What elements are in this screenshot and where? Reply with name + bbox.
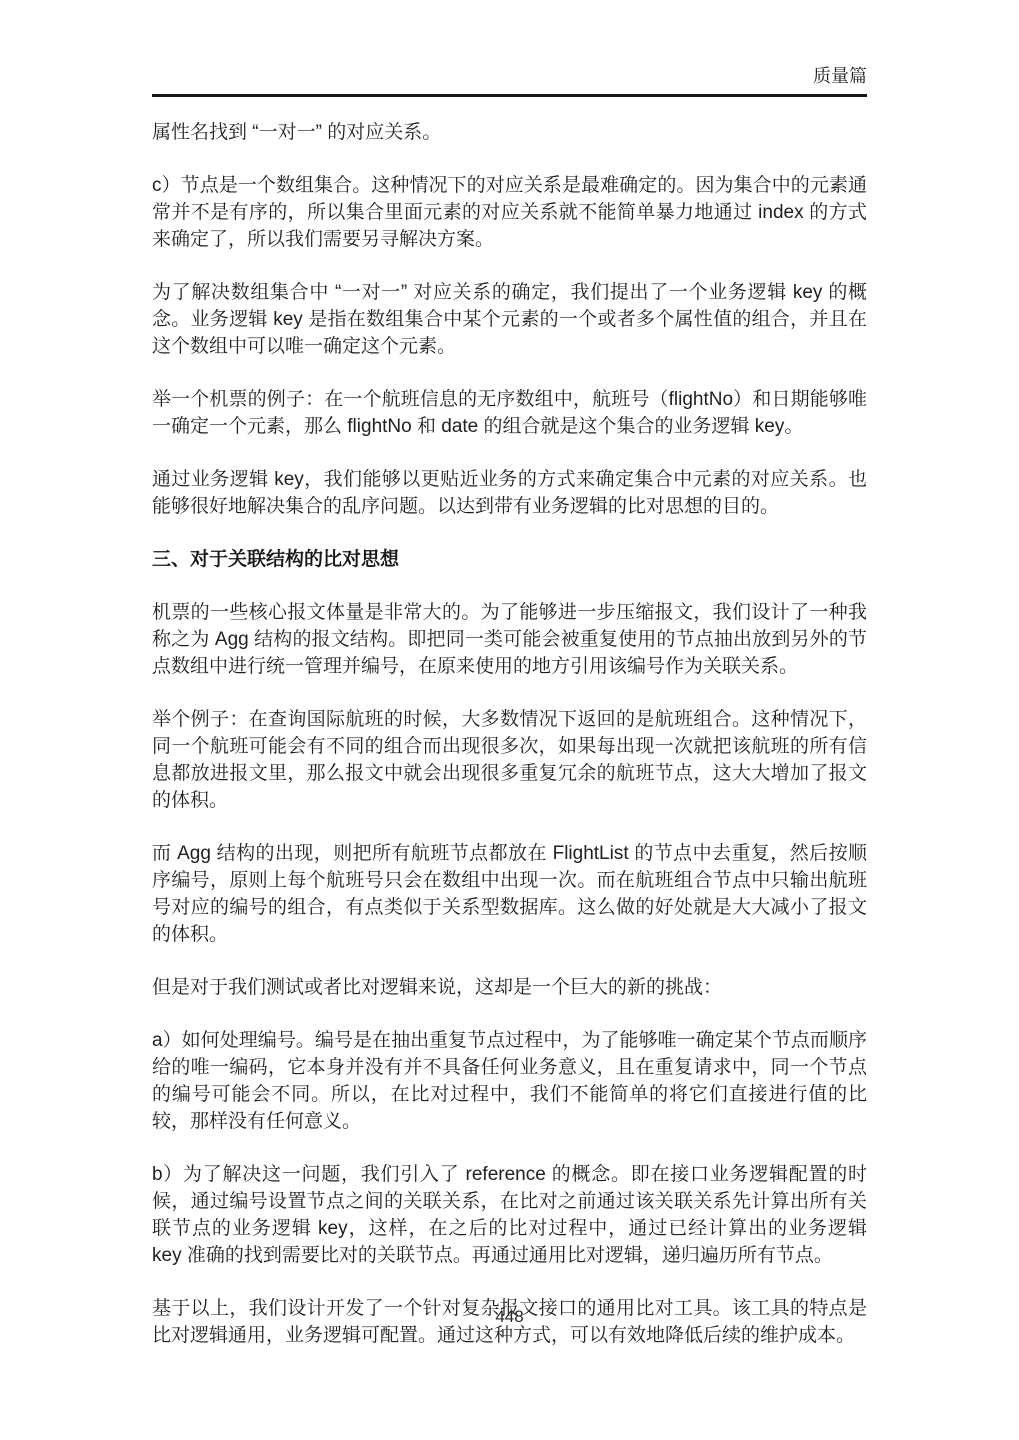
page-body: 属性名找到 “一对一” 的对应关系。 c）节点是一个数组集合。这种情况下的对应关… xyxy=(152,119,867,1375)
paragraph: 但是对于我们测试或者比对逻辑来说，这却是一个巨大的新的挑战： xyxy=(152,974,867,1001)
section-heading: 三、对于关联结构的比对思想 xyxy=(152,546,867,573)
paragraph: 举一个机票的例子：在一个航班信息的无序数组中，航班号（flightNo）和日期能… xyxy=(152,386,867,440)
paragraph: 属性名找到 “一对一” 的对应关系。 xyxy=(152,119,867,146)
paragraph: 通过业务逻辑 key，我们能够以更贴近业务的方式来确定集合中元素的对应关系。也能… xyxy=(152,466,867,520)
page-number: 448 xyxy=(495,1307,523,1326)
running-header-title: 质量篇 xyxy=(813,66,867,86)
page-footer: 448 xyxy=(152,1307,867,1327)
paragraph: a）如何处理编号。编号是在抽出重复节点过程中，为了能够唯一确定某个节点而顺序给的… xyxy=(152,1027,867,1135)
paragraph: b）为了解决这一问题，我们引入了 reference 的概念。即在接口业务逻辑配… xyxy=(152,1161,867,1269)
paragraph: c）节点是一个数组集合。这种情况下的对应关系是最难确定的。因为集合中的元素通常并… xyxy=(152,172,867,253)
paragraph: 机票的一些核心报文体量是非常大的。为了能够进一步压缩报文，我们设计了一种我称之为… xyxy=(152,599,867,680)
paragraph: 而 Agg 结构的出现，则把所有航班节点都放在 FlightList 的节点中去… xyxy=(152,840,867,948)
paragraph: 为了解决数组集合中 “一对一” 对应关系的确定，我们提出了一个业务逻辑 key … xyxy=(152,279,867,360)
document-page: 质量篇 属性名找到 “一对一” 的对应关系。 c）节点是一个数组集合。这种情况下… xyxy=(0,0,1019,1440)
running-header: 质量篇 xyxy=(152,66,867,97)
paragraph: 举个例子：在查询国际航班的时候，大多数情况下返回的是航班组合。这种情况下，同一个… xyxy=(152,706,867,814)
